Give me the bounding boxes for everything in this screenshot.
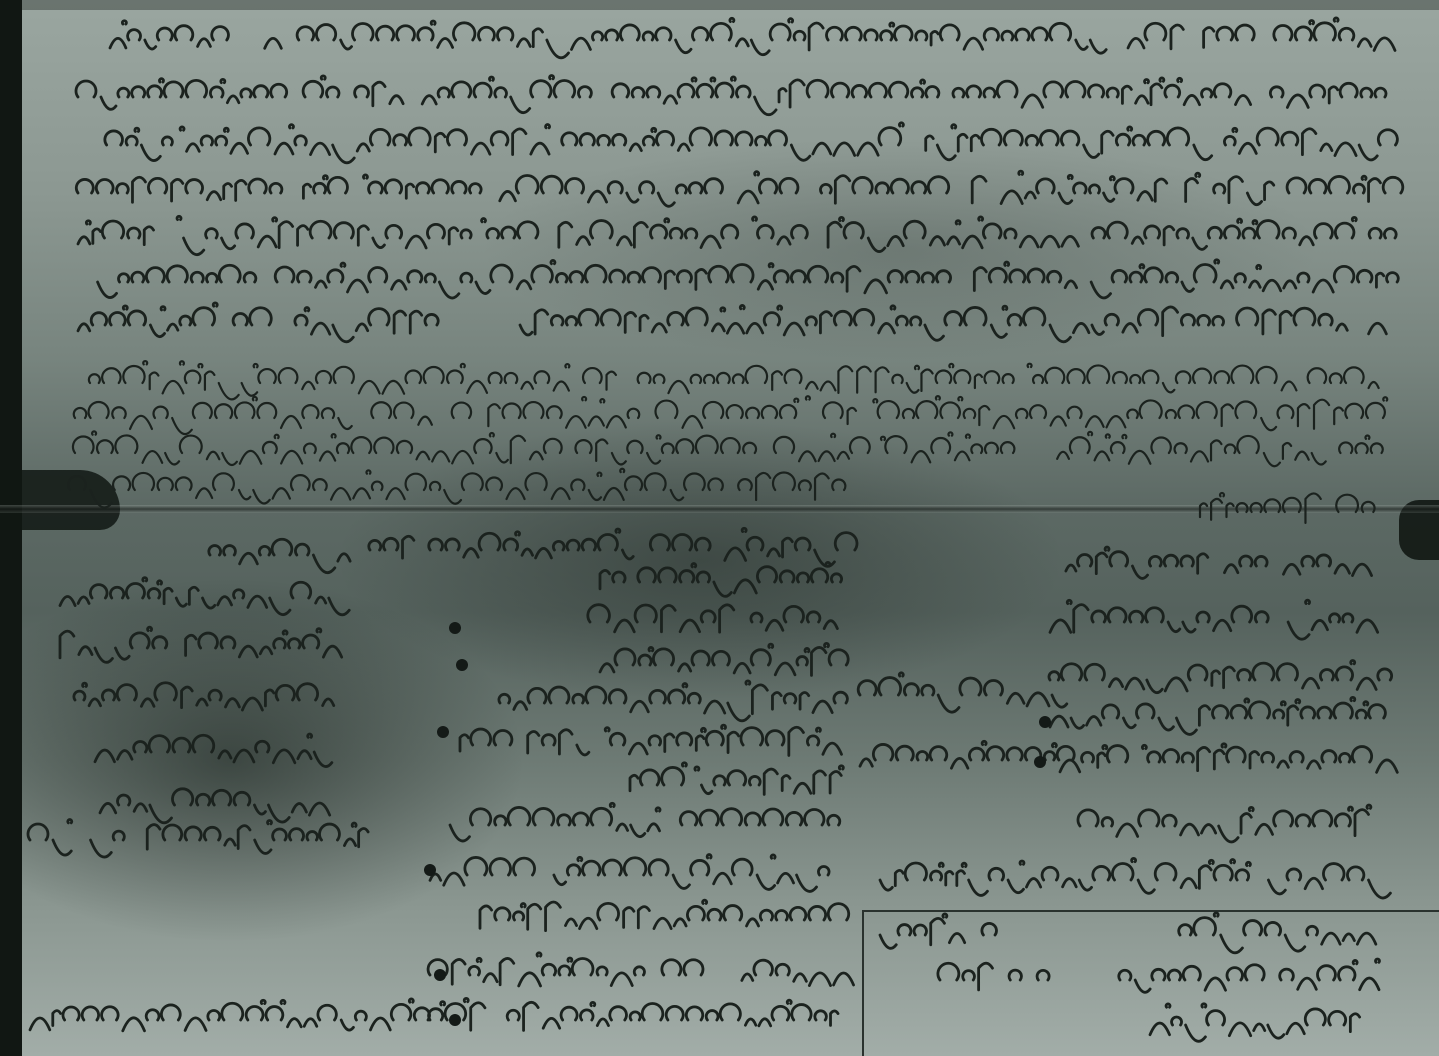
- handwritten-line: [460, 725, 842, 755]
- handwritten-line: [78, 216, 1396, 254]
- handwritten-line: [369, 528, 857, 566]
- handwriting-left-col: [28, 539, 430, 1031]
- handwriting-center-col: [369, 528, 857, 1030]
- handwritten-line: [1066, 547, 1372, 578]
- handwritten-line: [1078, 805, 1371, 842]
- ink-dot: [437, 726, 449, 738]
- handwritten-line: [880, 914, 996, 948]
- handwritten-line: [630, 763, 843, 795]
- handwritten-line: [60, 627, 342, 662]
- handwritten-line: [60, 578, 349, 615]
- handwritten-line: [1049, 660, 1392, 692]
- ink-dot: [456, 659, 468, 671]
- handwritten-line: [105, 123, 1398, 163]
- handwritten-line: [429, 998, 838, 1030]
- handwritten-line: [499, 681, 847, 721]
- handwritten-line: [100, 789, 330, 823]
- handwritten-line: [68, 469, 845, 508]
- handwritten-line: [1200, 493, 1375, 523]
- handwritten-line: [28, 820, 368, 858]
- handwriting-middle: [68, 361, 1387, 523]
- handwritten-line: [98, 260, 1399, 298]
- handwritten-line: [480, 900, 849, 930]
- handwriting-upper: [76, 18, 1403, 342]
- ink-dot: [1039, 716, 1051, 728]
- handwritten-line: [1060, 744, 1397, 773]
- handwritten-line: [110, 18, 1395, 58]
- handwritten-line: [858, 673, 1067, 712]
- handwriting-box: [880, 913, 1379, 1041]
- handwritten-line: [1179, 913, 1376, 953]
- handwritten-line: [95, 734, 332, 767]
- handwritten-line: [89, 361, 1379, 399]
- handwritten-line: [1150, 1004, 1360, 1042]
- handwritten-line: [520, 305, 1386, 341]
- handwritten-line: [1119, 959, 1380, 992]
- handwritten-line: [430, 855, 829, 892]
- handwritten-line: [600, 562, 842, 596]
- manuscript-photo: Photograph of a handwritten Burmese-scri…: [0, 0, 1439, 1056]
- ink-dot: [424, 864, 436, 876]
- handwritten-line: [450, 803, 840, 841]
- handwritten-line: [880, 858, 1390, 898]
- ink-dot: [1034, 756, 1046, 768]
- handwritten-line: [209, 539, 350, 572]
- handwritten-line: [30, 999, 430, 1031]
- handwritten-line: [78, 303, 438, 342]
- handwritten-line: [76, 171, 1402, 206]
- ink-dot: [434, 969, 446, 981]
- handwriting-ink: [0, 0, 1439, 1056]
- handwritten-line: [73, 431, 1383, 466]
- handwritten-line: [600, 643, 848, 675]
- handwriting-right-col: [858, 547, 1397, 898]
- handwritten-line: [938, 963, 1049, 990]
- handwritten-line: [588, 605, 838, 632]
- ink-dot: [449, 1014, 461, 1026]
- handwritten-line: [1050, 697, 1385, 734]
- handwritten-line: [74, 396, 1387, 434]
- handwritten-line: [428, 953, 853, 986]
- handwritten-line: [74, 683, 334, 710]
- handwritten-line: [1050, 600, 1378, 639]
- ink-dot: [449, 622, 461, 634]
- handwritten-line: [76, 75, 1386, 114]
